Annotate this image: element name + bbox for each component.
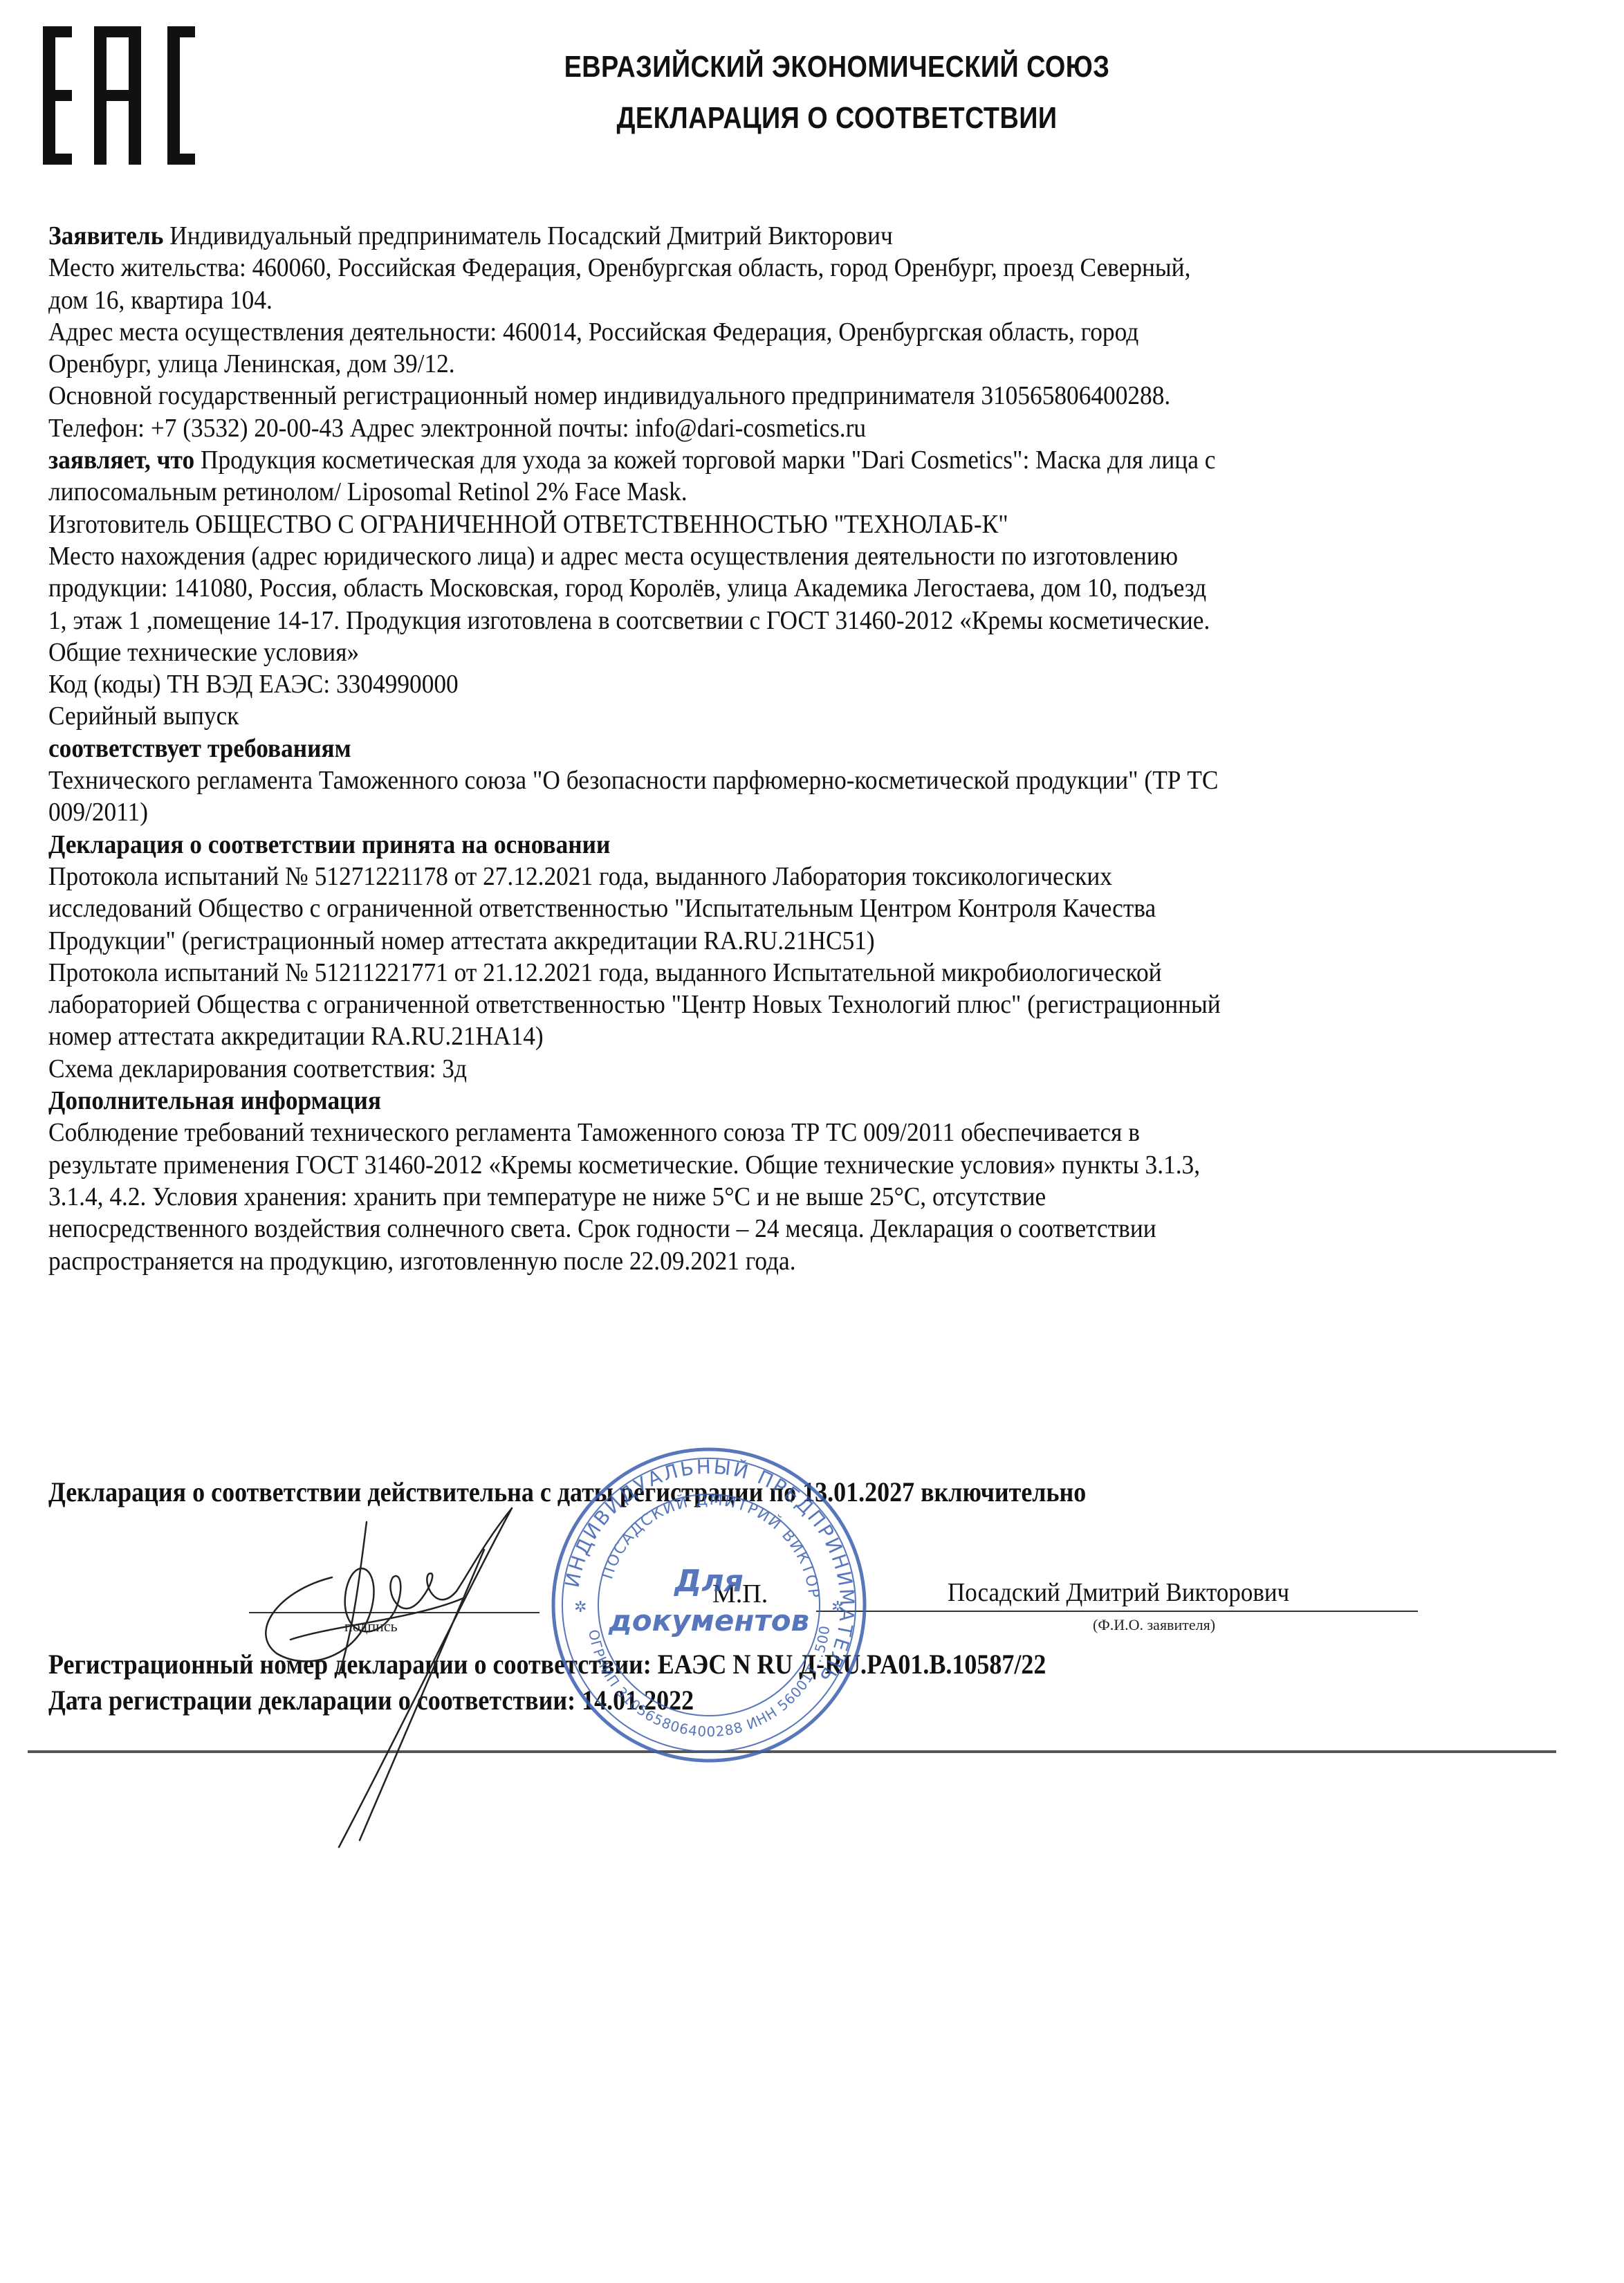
additional-info-line-5: распространяется на продукцию, изготовле… (48, 1245, 1464, 1277)
protocol-2-line-2: лабораторией Общества с ограниченной отв… (48, 989, 1464, 1020)
applicant-name: Индивидуальный предприниматель Посадский… (163, 221, 892, 250)
product-line-2: липосомальным ретинолом/ Liposomal Retin… (48, 476, 1464, 508)
declaration-title: ДЕКЛАРАЦИЯ О СООТВЕТСТВИИ (450, 93, 1224, 144)
manufacturer-address-2: продукции: 141080, Россия, область Моско… (48, 572, 1464, 604)
protocol-1-line-1: Протокола испытаний № 51271221178 от 27.… (48, 861, 1464, 892)
compliance-line-2: 009/2011) (48, 796, 1464, 828)
declaration-scheme: Схема декларирования соответствия: 3д (48, 1053, 1464, 1085)
residence-line-1: Место жительства: 460060, Российская Фед… (48, 252, 1464, 284)
protocol-1-line-2: исследований Общество с ограниченной отв… (48, 892, 1464, 924)
stamp-center-line-2: документов (608, 1604, 809, 1638)
product-line-1: Продукция косметическая для ухода за кож… (194, 446, 1215, 475)
manufacturer-line: Изготовитель ОБЩЕСТВО С ОГРАНИЧЕННОЙ ОТВ… (48, 508, 1464, 540)
declaration-page: ЕВРАЗИЙСКИЙ ЭКОНОМИЧЕСКИЙ СОЮЗ ДЕКЛАРАЦИ… (0, 0, 1624, 2283)
declares-line: заявляет, что Продукция косметическая дл… (48, 444, 1464, 476)
applicant-label: Заявитель (48, 221, 163, 250)
residence-line-2: дом 16, квартира 104. (48, 284, 1464, 316)
additional-info-label: Дополнительная информация (48, 1085, 1464, 1117)
signer-name-line (816, 1611, 1418, 1612)
signer-caption: (Ф.И.О. заявителя) (1093, 1616, 1215, 1634)
additional-info-line-2: результате применения ГОСТ 31460-2012 «К… (48, 1149, 1464, 1181)
compliance-line-1: Технического регламента Таможенного союз… (48, 764, 1464, 796)
additional-info-line-1: Соблюдение требований технического регла… (48, 1117, 1464, 1148)
union-title: ЕВРАЗИЙСКИЙ ЭКОНОМИЧЕСКИЙ СОЮЗ (450, 42, 1224, 93)
declares-label: заявляет, что (48, 446, 194, 475)
stamp-star-right-icon: ✲ (831, 1599, 844, 1616)
company-seal-stamp-icon: ИНДИВИДУАЛЬНЫЙ ПРЕДПРИНИМАТЕЛЬ ПОСАДСКИЙ… (546, 1442, 871, 1768)
activity-address-line-1: Адрес места осуществления деятельности: … (48, 316, 1464, 348)
protocol-2-line-1: Протокола испытаний № 51211221771 от 21.… (48, 957, 1464, 989)
declaration-body: Заявитель Индивидуальный предприниматель… (48, 220, 1570, 1277)
contacts-line: Телефон: +7 (3532) 20-00-43 Адрес электр… (48, 412, 1464, 444)
additional-info-line-3: 3.1.4, 4.2. Условия хранения: хранить пр… (48, 1181, 1464, 1213)
basis-label: Декларация о соответствии принята на осн… (48, 829, 1464, 861)
signer-name: Посадский Дмитрий Викторович (948, 1577, 1289, 1608)
release-type: Серийный выпуск (48, 700, 1464, 732)
applicant-line: Заявитель Индивидуальный предприниматель… (48, 220, 1464, 252)
activity-address-line-2: Оренбург, улица Ленинская, дом 39/12. (48, 348, 1464, 380)
manufacturer-address-4: Общие технические условия» (48, 636, 1464, 668)
hs-code: Код (коды) ТН ВЭД ЕАЭС: 3304990000 (48, 668, 1464, 700)
document-header: ЕВРАЗИЙСКИЙ ЭКОНОМИЧЕСКИЙ СОЮЗ ДЕКЛАРАЦИ… (450, 42, 1224, 144)
manufacturer-address-1: Место нахождения (адрес юридического лиц… (48, 540, 1464, 572)
stamp-star-left-icon: ✲ (574, 1599, 587, 1616)
stamp-center-line-1: Для (673, 1564, 744, 1599)
protocol-2-line-3: номер аттестата аккредитации RA.RU.21НА1… (48, 1020, 1464, 1052)
additional-info-line-4: непосредственного воздействия солнечного… (48, 1213, 1464, 1245)
protocol-1-line-3: Продукции" (регистрационный номер аттест… (48, 925, 1464, 957)
manufacturer-address-3: 1, этаж 1 ,помещение 14-17. Продукция из… (48, 605, 1464, 636)
eac-logo-icon (43, 26, 203, 165)
ogrnip-line: Основной государственный регистрационный… (48, 380, 1464, 412)
compliance-label: соответствует требованиям (48, 733, 1464, 764)
